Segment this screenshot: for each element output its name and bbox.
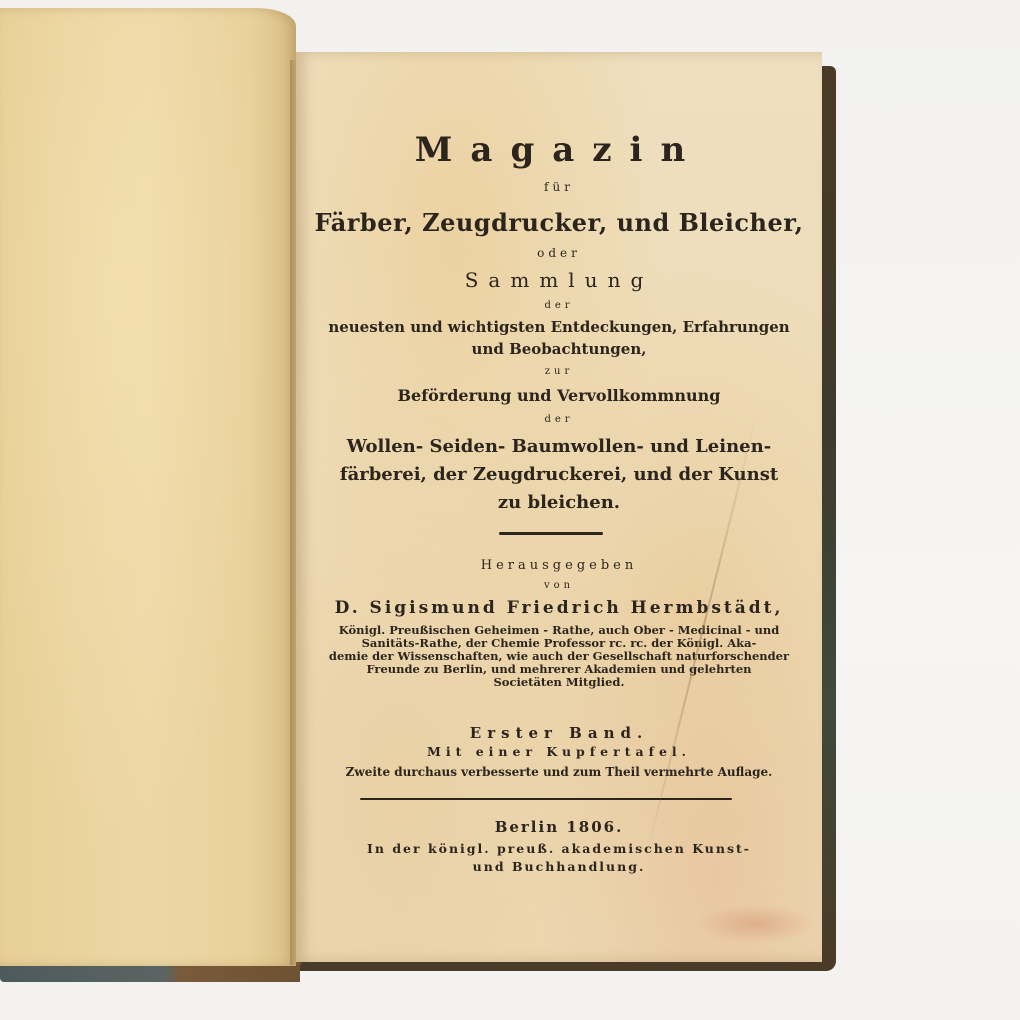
- foxing-stain: [696, 904, 816, 944]
- connector-der-2: der: [296, 414, 822, 425]
- connector-der: der: [296, 300, 822, 311]
- line-wollen: Wollen- Seiden- Baumwollen- und Leinen-: [296, 436, 822, 457]
- editor-von: von: [296, 580, 822, 591]
- line-bleichen: zu bleichen.: [296, 492, 822, 513]
- line-beobachtungen: und Beobachtungen,: [296, 340, 822, 358]
- editor-desc-line: Societäten Mitglied.: [296, 676, 822, 689]
- book-title: Magazin: [296, 130, 822, 170]
- imprint-city-year: Berlin 1806.: [296, 818, 822, 836]
- connector-zur: zur: [296, 366, 822, 377]
- connector-oder: oder: [296, 246, 822, 260]
- imprint-publisher-line: In der königl. preuß. akademischen Kunst…: [296, 840, 822, 858]
- imprint-rule: [360, 798, 732, 800]
- imprint-publisher-line: und Buchhandlung.: [296, 858, 822, 876]
- left-endpaper: [0, 8, 296, 966]
- volume-label: Erster Band.: [296, 724, 822, 742]
- connector-fuer: für: [296, 180, 822, 194]
- photo-scene: Magazin für Färber, Zeugdrucker, und Ble…: [0, 0, 1020, 1020]
- plate-note: Mit einer Kupfertafel.: [296, 744, 822, 759]
- divider-rule: [499, 532, 603, 535]
- line-befoerderung: Beförderung und Vervollkommnung: [296, 386, 822, 405]
- editor-label: Herausgegeben: [296, 558, 822, 573]
- editor-name: D. Sigismund Friedrich Hermbstädt,: [296, 598, 822, 618]
- title-page: Magazin für Färber, Zeugdrucker, und Ble…: [296, 52, 822, 962]
- book-subtitle: Färber, Zeugdrucker, und Bleicher,: [296, 208, 822, 237]
- edition-note: Zweite durchaus verbesserte und zum Thei…: [296, 765, 822, 779]
- sammlung-heading: Sammlung: [296, 268, 822, 292]
- line-neuesten: neuesten und wichtigsten Entdeckungen, E…: [296, 318, 822, 336]
